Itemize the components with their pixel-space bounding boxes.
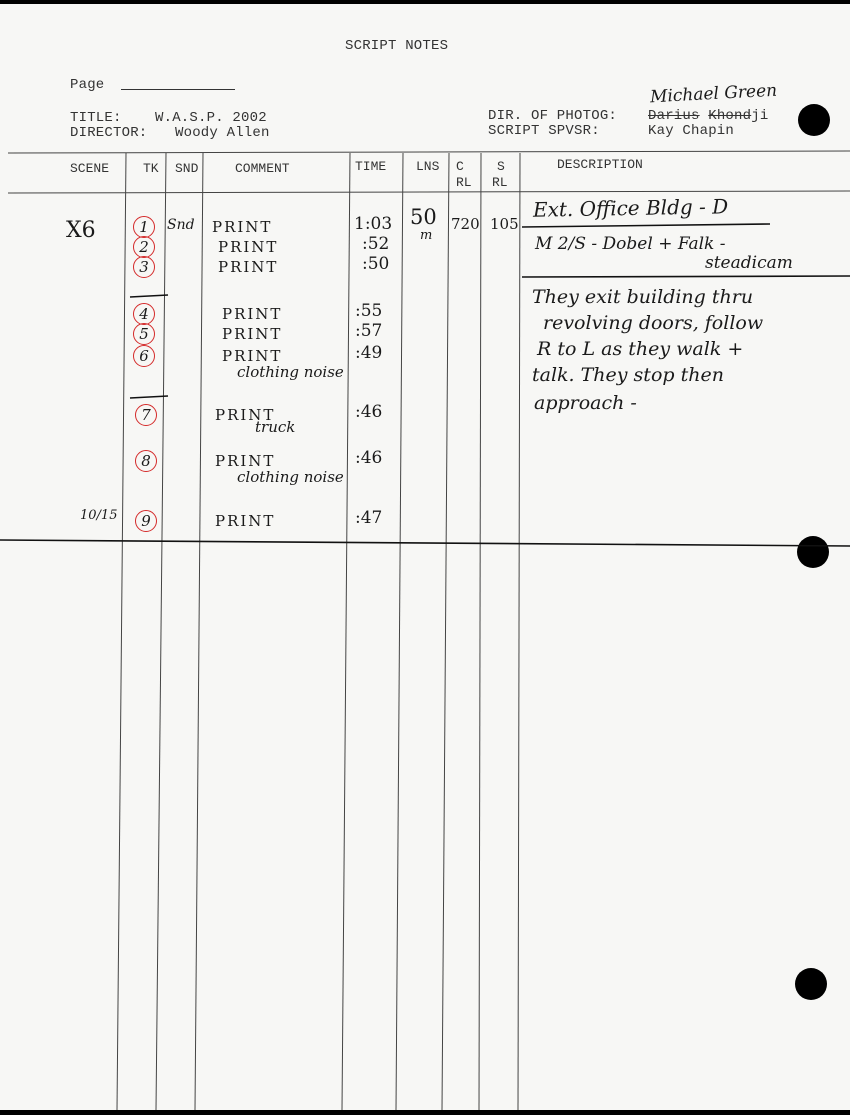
col-comment: COMMENT — [235, 161, 290, 176]
lens-value: 50 — [410, 205, 437, 229]
take-number-circled: 7 — [135, 404, 157, 426]
description-shot: M 2/S - Dobel + Falk - — [535, 234, 726, 254]
take-comment: PRINT — [218, 258, 278, 276]
take-time: :57 — [355, 321, 382, 341]
title-label: TITLE: — [70, 110, 122, 126]
title-value: W.A.S.P. 2002 — [155, 110, 267, 126]
take-time: :47 — [355, 508, 382, 528]
scene-number: X6 — [66, 218, 96, 243]
col-s: S — [497, 159, 505, 174]
col-time: TIME — [355, 159, 386, 174]
col-description: DESCRIPTION — [557, 157, 643, 172]
description-action-line: talk. They stop then — [532, 364, 724, 386]
col-lns: LNS — [416, 159, 439, 174]
scene-date: 10/15 — [80, 508, 117, 523]
take-number-circled: 3 — [133, 256, 155, 278]
col-c: C — [456, 159, 464, 174]
col-s-rl: RL — [492, 175, 508, 190]
take-comment: PRINT — [222, 305, 282, 323]
take-number-circled: 2 — [133, 236, 155, 258]
take-note: clothing noise — [237, 468, 344, 486]
take-time: :52 — [362, 234, 389, 254]
page-label: Page — [70, 77, 104, 93]
director-value: Woody Allen — [175, 125, 270, 141]
take-number-circled: 8 — [135, 450, 157, 472]
take-number-circled: 5 — [133, 323, 155, 345]
dop-label: DIR. OF PHOTOG: — [488, 108, 617, 124]
description-slug: Ext. Office Bldg - D — [533, 194, 729, 221]
supervisor-value: Kay Chapin — [648, 123, 734, 139]
camera-roll: 720 — [451, 215, 480, 233]
take-comment: PRINT — [212, 218, 272, 236]
page-number-field[interactable] — [121, 89, 235, 90]
description-action-line: revolving doors, follow — [543, 312, 763, 334]
col-c-rl: RL — [456, 175, 472, 190]
take-time: :46 — [355, 448, 382, 468]
take-time: :50 — [362, 254, 389, 274]
supervisor-label: SCRIPT SPVSR: — [488, 123, 600, 139]
description-action-line: approach - — [534, 392, 637, 414]
take-number-circled: 6 — [133, 345, 155, 367]
description-action-line: R to L as they walk + — [537, 338, 743, 360]
take-comment: PRINT — [215, 512, 275, 530]
dop-rest: ji — [751, 108, 768, 124]
description-shot-cont: steadicam — [705, 253, 793, 273]
sound-note: Snd — [167, 217, 195, 233]
dop-struck-last: Khond — [708, 108, 751, 124]
col-scene: SCENE — [70, 161, 109, 176]
director-label: DIRECTOR: — [70, 125, 147, 141]
take-note: clothing noise — [237, 363, 344, 381]
col-tk: TK — [143, 161, 159, 176]
take-number-circled: 4 — [133, 303, 155, 325]
take-number-circled: 1 — [133, 216, 155, 238]
take-comment: PRINT — [218, 238, 278, 256]
dop-printed-name: Darius Khondji — [648, 108, 768, 124]
dop-struck-first: Darius — [648, 108, 700, 124]
col-snd: SND — [175, 161, 198, 176]
sound-roll: 105 — [490, 215, 519, 233]
take-note: truck — [255, 418, 295, 436]
take-time: :46 — [355, 402, 382, 422]
description-action-line: They exit building thru — [532, 286, 753, 308]
take-time: :55 — [355, 301, 382, 321]
take-time: :49 — [355, 343, 382, 363]
lens-note: m — [420, 228, 432, 243]
take-comment: PRINT — [222, 325, 282, 343]
take-number-circled: 9 — [135, 510, 157, 532]
form-title: SCRIPT NOTES — [345, 38, 448, 54]
take-time: 1:03 — [354, 214, 392, 234]
